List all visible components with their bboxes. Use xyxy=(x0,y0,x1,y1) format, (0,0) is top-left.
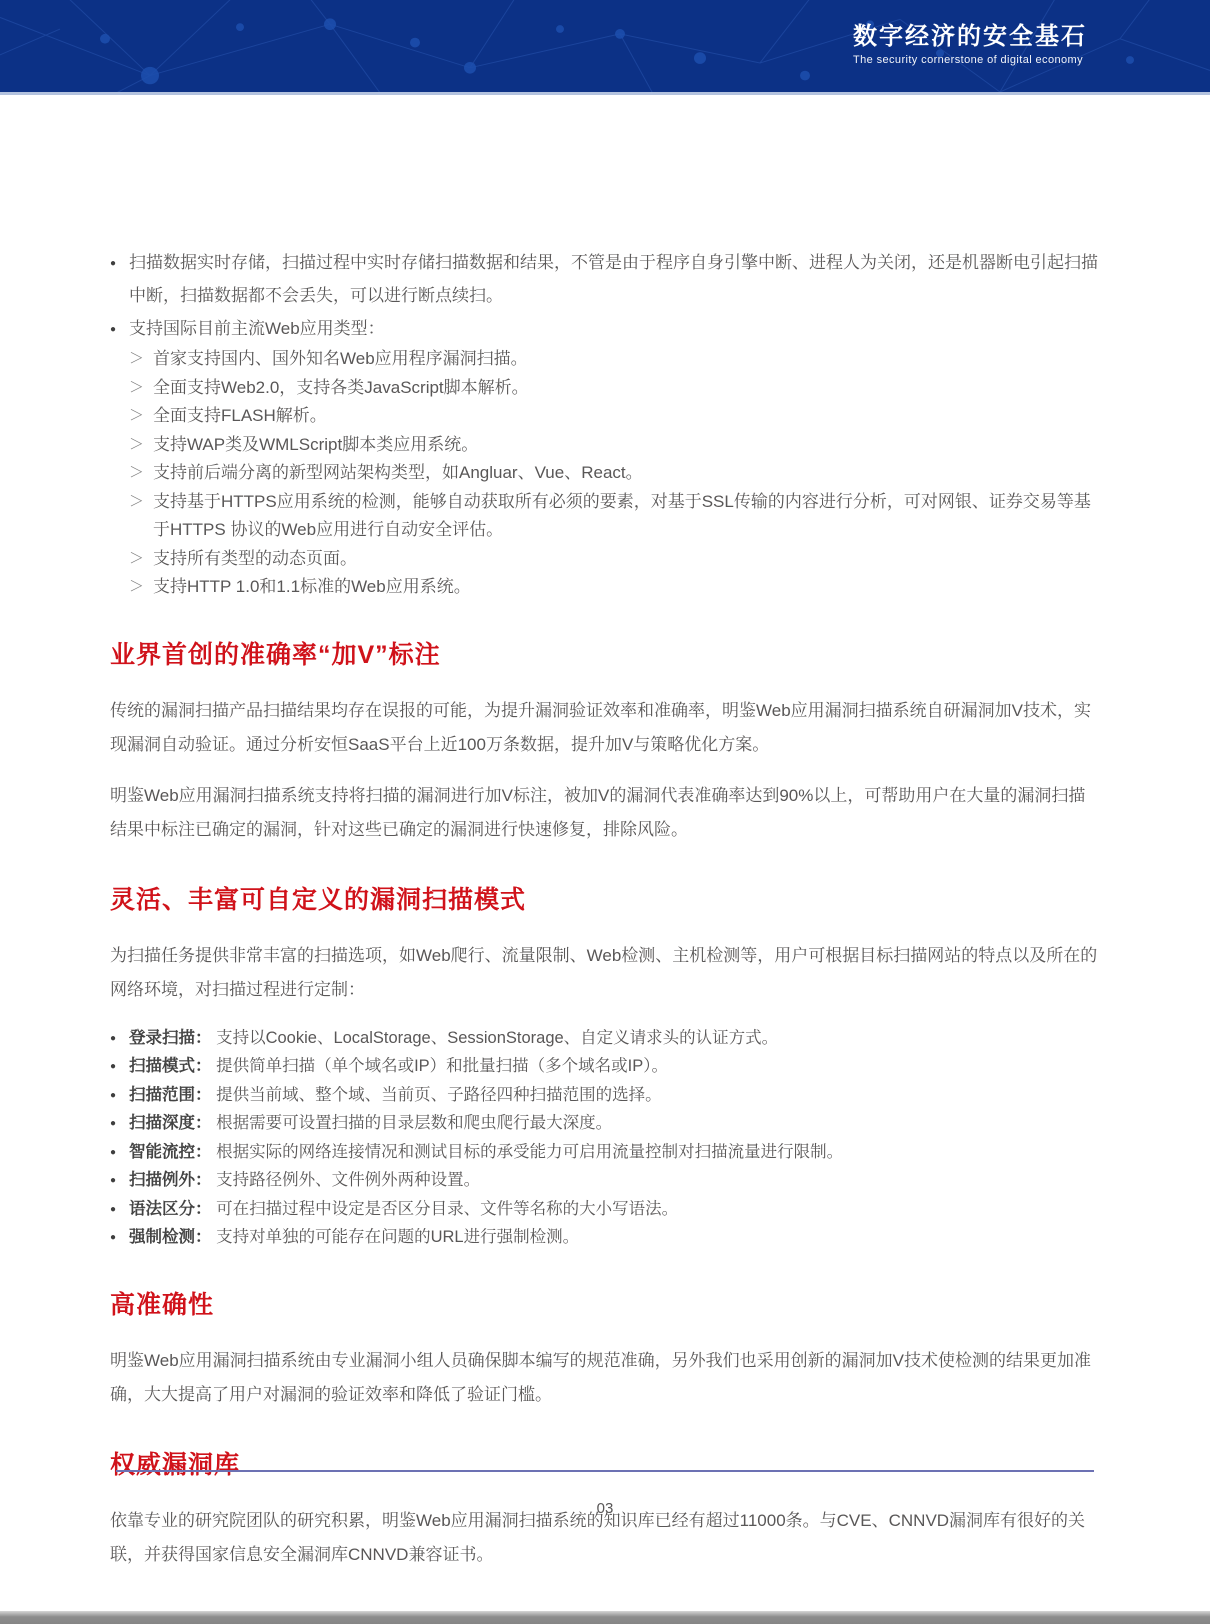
brand-block: 数字经济的安全基石 The security cornerstone of di… xyxy=(853,22,1087,68)
feature-label: 扫描模式： xyxy=(129,1057,212,1075)
paragraph: 传统的漏洞扫描产品扫描结果均存在误报的可能，为提升漏洞验证效率和准确率，明鉴We… xyxy=(110,694,1102,762)
bullet-dot-icon: ● xyxy=(110,1025,116,1054)
bullet-dot-icon: ● xyxy=(110,247,116,280)
list-item: ＞ 支持前后端分离的新型网站架构类型，如Angluar、Vue、React。 xyxy=(129,459,1102,488)
footer-divider xyxy=(116,1470,1094,1472)
arrow-marker-icon: ＞ xyxy=(129,374,144,403)
arrow-marker-icon: ＞ xyxy=(129,402,144,431)
document-page: 数字经济的安全基石 The security cornerstone of di… xyxy=(0,0,1210,1624)
bullet-dot-icon: ● xyxy=(110,1110,116,1139)
section-heading: 高准确性 xyxy=(110,1289,1102,1321)
sub-item-text: 支持基于HTTPS应用系统的检测，能够自动获取所有必须的要素，对基于SSL传输的… xyxy=(153,492,1091,540)
feature-label: 语法区分： xyxy=(129,1200,212,1218)
bullet-dot-icon: ● xyxy=(110,1082,116,1111)
bullet-dot-icon: ● xyxy=(110,1139,116,1168)
sub-item-text: 支持WAP类及WMLScript脚本类应用系统。 xyxy=(153,435,478,454)
section-scan-modes: 灵活、丰富可自定义的漏洞扫描模式 为扫描任务提供非常丰富的扫描选项，如Web爬行… xyxy=(110,884,1102,1252)
bottom-edge-bar xyxy=(0,1611,1210,1624)
list-item: ＞ 首家支持国内、国外知名Web应用程序漏洞扫描。 xyxy=(129,345,1102,374)
feature-label: 智能流控： xyxy=(129,1143,212,1161)
section-accuracy-v-tag: 业界首创的准确率“加V”标注 传统的漏洞扫描产品扫描结果均存在误报的可能，为提升… xyxy=(110,639,1102,847)
paragraph: 明鉴Web应用漏洞扫描系统支持将扫描的漏洞进行加V标注，被加V的漏洞代表准确率达… xyxy=(110,779,1102,847)
bullet-text: 支持国际目前主流Web应用类型： xyxy=(129,319,385,338)
bullet-dot-icon: ● xyxy=(110,1224,116,1253)
brand-title-en: The security cornerstone of digital econ… xyxy=(853,52,1087,68)
list-item: ＞ 全面支持FLASH解析。 xyxy=(129,402,1102,431)
list-item: ● 扫描模式： 提供简单扫描（单个域名或IP）和批量扫描（多个域名或IP）。 xyxy=(110,1052,1102,1081)
feature-desc: 支持路径例外、文件例外两种设置。 xyxy=(216,1171,480,1189)
feature-label: 登录扫描： xyxy=(129,1029,212,1047)
arrow-marker-icon: ＞ xyxy=(129,459,144,488)
bullet-text: 扫描数据实时存储，扫描过程中实时存储扫描数据和结果，不管是由于程序自身引擎中断、… xyxy=(129,253,1098,305)
feature-desc: 根据需要可设置扫描的目录层数和爬虫爬行最大深度。 xyxy=(216,1114,612,1132)
main-content: ● 扫描数据实时存储，扫描过程中实时存储扫描数据和结果，不管是由于程序自身引擎中… xyxy=(110,246,1102,1572)
section-heading: 权威漏洞库 xyxy=(110,1449,1102,1481)
feature-label: 扫描例外： xyxy=(129,1171,212,1189)
list-item: ● 扫描例外： 支持路径例外、文件例外两种设置。 xyxy=(110,1166,1102,1195)
sub-item-text: 支持前后端分离的新型网站架构类型，如Angluar、Vue、React。 xyxy=(153,463,643,482)
feature-label: 扫描深度： xyxy=(129,1114,212,1132)
list-item: ● 语法区分： 可在扫描过程中设定是否区分目录、文件等名称的大小写语法。 xyxy=(110,1195,1102,1224)
feature-desc: 支持对单独的可能存在问题的URL进行强制检测。 xyxy=(216,1228,579,1246)
feature-label: 强制检测： xyxy=(129,1228,212,1246)
list-item: ＞ 支持所有类型的动态页面。 xyxy=(129,545,1102,574)
bullet-dot-icon: ● xyxy=(110,1053,116,1082)
section-heading: 业界首创的准确率“加V”标注 xyxy=(110,639,1102,671)
arrow-marker-icon: ＞ xyxy=(129,573,144,602)
arrow-marker-icon: ＞ xyxy=(129,488,144,517)
list-item: ● 支持国际目前主流Web应用类型： ＞ 首家支持国内、国外知名Web应用程序漏… xyxy=(110,312,1102,602)
paragraph: 明鉴Web应用漏洞扫描系统由专业漏洞小组人员确保脚本编写的规范准确，另外我们也采… xyxy=(110,1344,1102,1412)
feature-label: 扫描范围： xyxy=(129,1086,212,1104)
sub-item-text: 首家支持国内、国外知名Web应用程序漏洞扫描。 xyxy=(153,349,528,368)
bullet-dot-icon: ● xyxy=(110,313,116,346)
feature-desc: 提供简单扫描（单个域名或IP）和批量扫描（多个域名或IP）。 xyxy=(216,1057,668,1075)
list-item: ● 扫描范围： 提供当前域、整个域、当前页、子路径四种扫描范围的选择。 xyxy=(110,1081,1102,1110)
feature-desc: 可在扫描过程中设定是否区分目录、文件等名称的大小写语法。 xyxy=(216,1200,678,1218)
paragraph: 为扫描任务提供非常丰富的扫描选项，如Web爬行、流量限制、Web检测、主机检测等… xyxy=(110,939,1102,1007)
sub-item-text: 支持所有类型的动态页面。 xyxy=(153,549,357,568)
feature-desc: 根据实际的网络连接情况和测试目标的承受能力可启用流量控制对扫描流量进行限制。 xyxy=(216,1143,843,1161)
section-heading: 灵活、丰富可自定义的漏洞扫描模式 xyxy=(110,884,1102,916)
list-item: ● 扫描深度： 根据需要可设置扫描的目录层数和爬虫爬行最大深度。 xyxy=(110,1109,1102,1138)
feature-desc: 支持以Cookie、LocalStorage、SessionStorage、自定… xyxy=(216,1029,778,1047)
list-item: ● 强制检测： 支持对单独的可能存在问题的URL进行强制检测。 xyxy=(110,1223,1102,1252)
brand-title-cn: 数字经济的安全基石 xyxy=(853,22,1087,52)
list-item: ＞ 支持WAP类及WMLScript脚本类应用系统。 xyxy=(129,431,1102,460)
bullet-dot-icon: ● xyxy=(110,1167,116,1196)
list-item: ● 登录扫描： 支持以Cookie、LocalStorage、SessionSt… xyxy=(110,1024,1102,1053)
arrow-marker-icon: ＞ xyxy=(129,431,144,460)
sub-item-text: 全面支持FLASH解析。 xyxy=(153,406,327,425)
list-item: ● 扫描数据实时存储，扫描过程中实时存储扫描数据和结果，不管是由于程序自身引擎中… xyxy=(110,246,1102,312)
feature-list: ● 登录扫描： 支持以Cookie、LocalStorage、SessionSt… xyxy=(110,1024,1102,1252)
web-types-list: ＞ 首家支持国内、国外知名Web应用程序漏洞扫描。 ＞ 全面支持Web2.0，支… xyxy=(129,345,1102,602)
list-item: ＞ 全面支持Web2.0，支持各类JavaScript脚本解析。 xyxy=(129,374,1102,403)
sub-item-text: 支持HTTP 1.0和1.1标准的Web应用系统。 xyxy=(153,577,471,596)
feature-desc: 提供当前域、整个域、当前页、子路径四种扫描范围的选择。 xyxy=(216,1086,662,1104)
bullet-dot-icon: ● xyxy=(110,1196,116,1225)
list-item: ● 智能流控： 根据实际的网络连接情况和测试目标的承受能力可启用流量控制对扫描流… xyxy=(110,1138,1102,1167)
page-number: 03 xyxy=(0,1500,1210,1517)
intro-bullet-list: ● 扫描数据实时存储，扫描过程中实时存储扫描数据和结果，不管是由于程序自身引擎中… xyxy=(110,246,1102,602)
header-band: 数字经济的安全基石 The security cornerstone of di… xyxy=(0,0,1210,95)
arrow-marker-icon: ＞ xyxy=(129,545,144,574)
list-item: ＞ 支持基于HTTPS应用系统的检测，能够自动获取所有必须的要素，对基于SSL传… xyxy=(129,488,1102,545)
list-item: ＞ 支持HTTP 1.0和1.1标准的Web应用系统。 xyxy=(129,573,1102,602)
sub-item-text: 全面支持Web2.0，支持各类JavaScript脚本解析。 xyxy=(153,378,529,397)
section-high-accuracy: 高准确性 明鉴Web应用漏洞扫描系统由专业漏洞小组人员确保脚本编写的规范准确，另… xyxy=(110,1289,1102,1412)
arrow-marker-icon: ＞ xyxy=(129,345,144,374)
